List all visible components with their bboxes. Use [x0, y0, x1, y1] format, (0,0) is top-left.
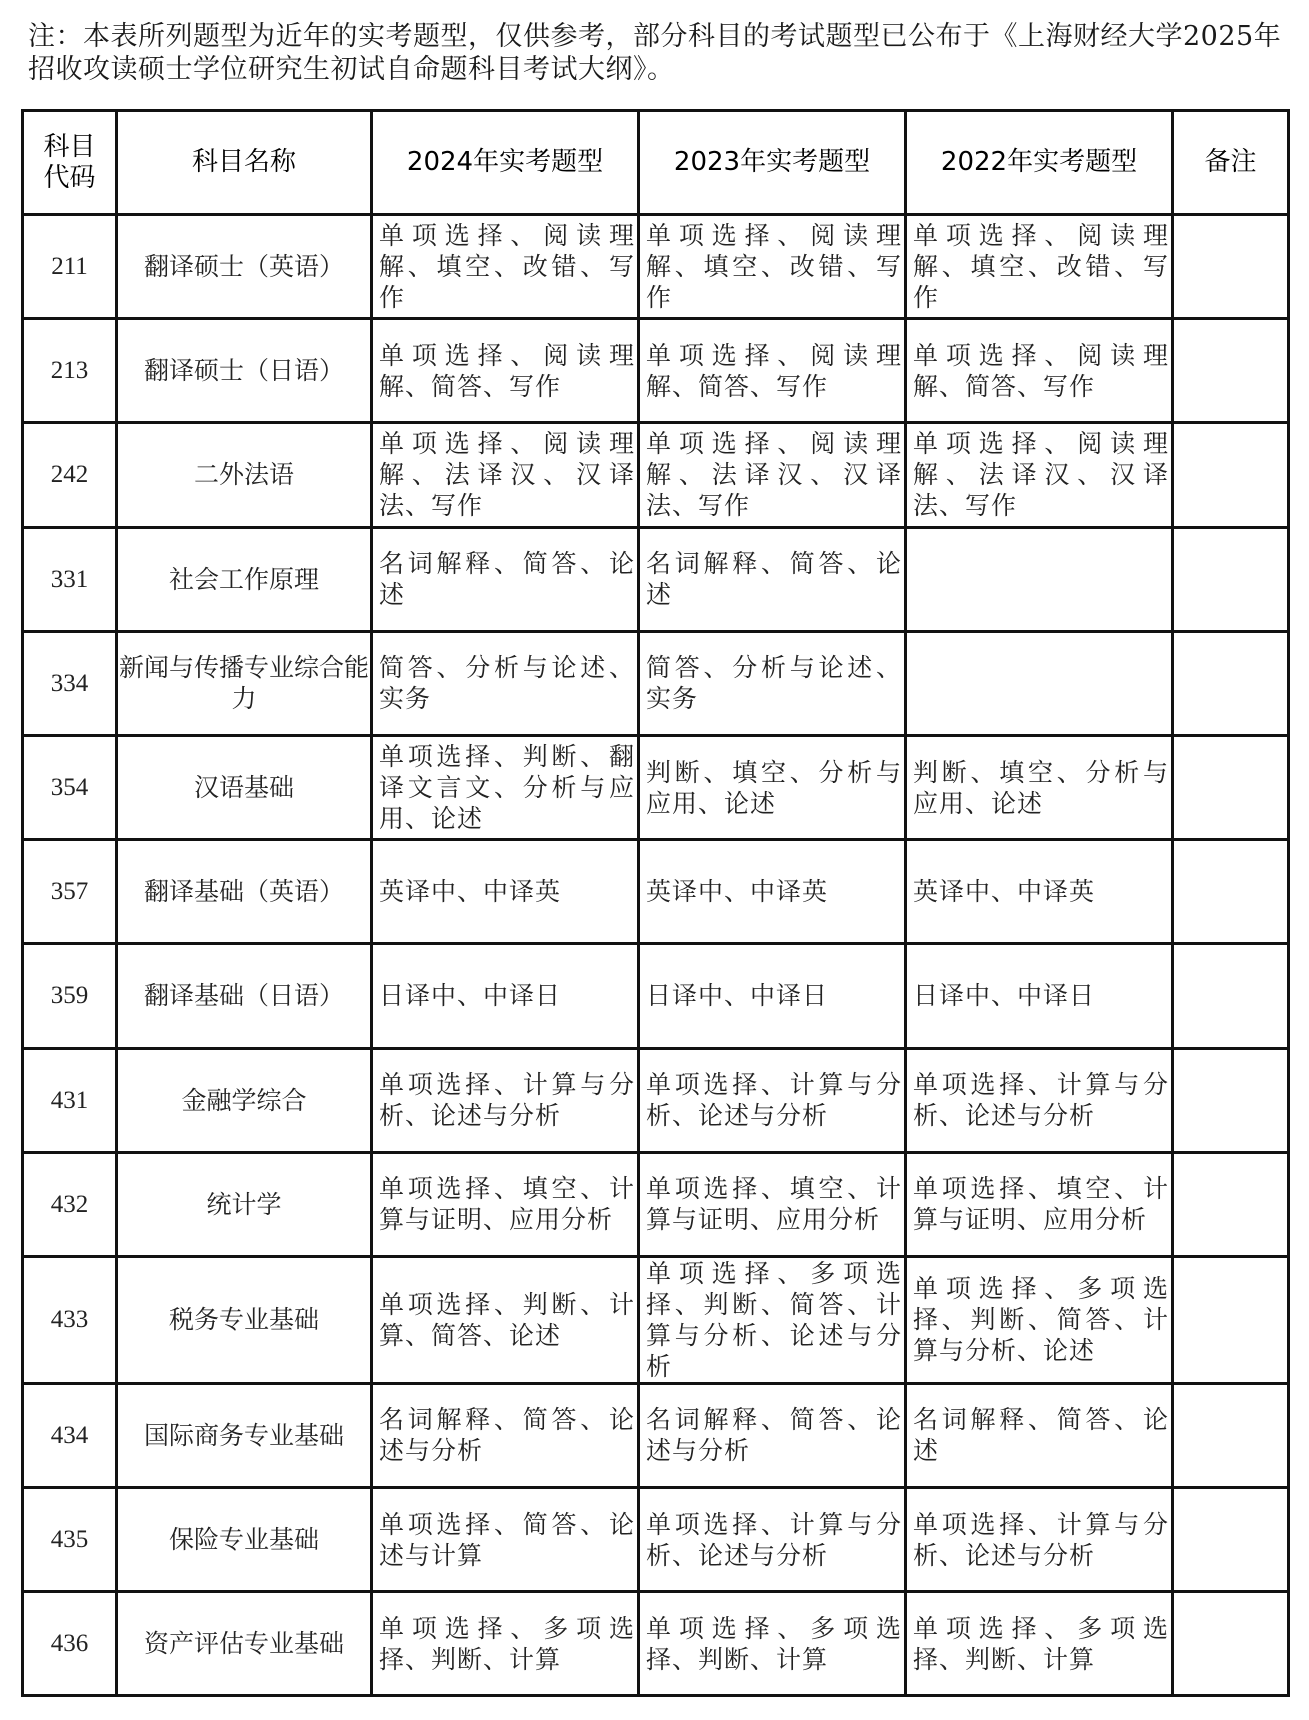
cell-name: 翻译基础（日语） [117, 944, 372, 1048]
table-row: 354 汉语基础 单项选择、判断、翻译文言文、分析与应用、论述 判断、填空、分析… [23, 735, 1289, 839]
cell-remark [1173, 944, 1289, 1048]
cell-remark [1173, 527, 1289, 631]
cell-2022: 名词解释、简答、论述 [906, 1383, 1173, 1487]
cell-code: 213 [23, 319, 117, 423]
cell-code: 334 [23, 631, 117, 735]
cell-2022: 单项选择、多项选择、判断、计算 [906, 1592, 1173, 1696]
cell-remark [1173, 631, 1289, 735]
header-row: 科目代码 科目名称 2024年实考题型 2023年实考题型 2022年实考题型 … [23, 111, 1289, 215]
header-remark: 备注 [1173, 111, 1289, 215]
cell-2022: 单项选择、阅读理解、填空、改错、写作 [906, 215, 1173, 319]
cell-2023: 单项选择、多项选择、判断、计算 [639, 1592, 906, 1696]
cell-code: 431 [23, 1048, 117, 1152]
cell-remark [1173, 423, 1289, 527]
cell-2024: 简答、分析与论述、实务 [372, 631, 639, 735]
cell-2022: 单项选择、多项选择、判断、简答、计算与分析、论述 [906, 1256, 1173, 1383]
header-code: 科目代码 [23, 111, 117, 215]
cell-code: 211 [23, 215, 117, 319]
table-row: 431 金融学综合 单项选择、计算与分析、论述与分析 单项选择、计算与分析、论述… [23, 1048, 1289, 1152]
cell-2024: 单项选择、多项选择、判断、计算 [372, 1592, 639, 1696]
cell-code: 354 [23, 735, 117, 839]
cell-2022: 单项选择、计算与分析、论述与分析 [906, 1488, 1173, 1592]
cell-remark [1173, 1488, 1289, 1592]
cell-2023: 单项选择、阅读理解、填空、改错、写作 [639, 215, 906, 319]
cell-2024: 单项选择、计算与分析、论述与分析 [372, 1048, 639, 1152]
table-row: 434 国际商务专业基础 名词解释、简答、论述与分析 名词解释、简答、论述与分析… [23, 1383, 1289, 1487]
cell-2022: 判断、填空、分析与应用、论述 [906, 735, 1173, 839]
cell-remark [1173, 215, 1289, 319]
cell-code: 435 [23, 1488, 117, 1592]
cell-2022: 单项选择、填空、计算与证明、应用分析 [906, 1152, 1173, 1256]
cell-name: 翻译硕士（英语） [117, 215, 372, 319]
table-row: 242 二外法语 单项选择、阅读理解、法译汉、汉译法、写作 单项选择、阅读理解、… [23, 423, 1289, 527]
cell-name: 翻译硕士（日语） [117, 319, 372, 423]
cell-2022: 单项选择、阅读理解、法译汉、汉译法、写作 [906, 423, 1173, 527]
cell-2022: 日译中、中译日 [906, 944, 1173, 1048]
cell-remark [1173, 319, 1289, 423]
cell-name: 新闻与传播专业综合能力 [117, 631, 372, 735]
cell-2024: 单项选择、填空、计算与证明、应用分析 [372, 1152, 639, 1256]
cell-name: 翻译基础（英语） [117, 840, 372, 944]
cell-2024: 日译中、中译日 [372, 944, 639, 1048]
table-row: 357 翻译基础（英语） 英译中、中译英 英译中、中译英 英译中、中译英 [23, 840, 1289, 944]
header-2024: 2024年实考题型 [372, 111, 639, 215]
cell-code: 357 [23, 840, 117, 944]
cell-name: 社会工作原理 [117, 527, 372, 631]
cell-code: 359 [23, 944, 117, 1048]
cell-code: 432 [23, 1152, 117, 1256]
cell-remark [1173, 1592, 1289, 1696]
cell-2023: 单项选择、阅读理解、法译汉、汉译法、写作 [639, 423, 906, 527]
cell-name: 金融学综合 [117, 1048, 372, 1152]
cell-name: 资产评估专业基础 [117, 1592, 372, 1696]
table-row: 334 新闻与传播专业综合能力 简答、分析与论述、实务 简答、分析与论述、实务 [23, 631, 1289, 735]
cell-remark [1173, 840, 1289, 944]
cell-remark [1173, 1256, 1289, 1383]
header-name: 科目名称 [117, 111, 372, 215]
table-row: 432 统计学 单项选择、填空、计算与证明、应用分析 单项选择、填空、计算与证明… [23, 1152, 1289, 1256]
cell-code: 331 [23, 527, 117, 631]
table-row: 211 翻译硕士（英语） 单项选择、阅读理解、填空、改错、写作 单项选择、阅读理… [23, 215, 1289, 319]
cell-2024: 单项选择、简答、论述与计算 [372, 1488, 639, 1592]
table-row: 213 翻译硕士（日语） 单项选择、阅读理解、简答、写作 单项选择、阅读理解、简… [23, 319, 1289, 423]
cell-2024: 名词解释、简答、论述 [372, 527, 639, 631]
cell-2022: 单项选择、阅读理解、简答、写作 [906, 319, 1173, 423]
header-2022: 2022年实考题型 [906, 111, 1173, 215]
cell-2022 [906, 527, 1173, 631]
cell-remark [1173, 1383, 1289, 1487]
table-row: 435 保险专业基础 单项选择、简答、论述与计算 单项选择、计算与分析、论述与分… [23, 1488, 1289, 1592]
cell-2024: 单项选择、判断、计算、简答、论述 [372, 1256, 639, 1383]
cell-2023: 单项选择、多项选择、判断、简答、计算与分析、论述与分析 [639, 1256, 906, 1383]
header-code-label: 科目代码 [33, 132, 107, 194]
cell-2023: 日译中、中译日 [639, 944, 906, 1048]
cell-code: 436 [23, 1592, 117, 1696]
cell-2023: 单项选择、计算与分析、论述与分析 [639, 1048, 906, 1152]
cell-2023: 英译中、中译英 [639, 840, 906, 944]
cell-code: 434 [23, 1383, 117, 1487]
cell-2023: 名词解释、简答、论述 [639, 527, 906, 631]
cell-2024: 英译中、中译英 [372, 840, 639, 944]
table-row: 436 资产评估专业基础 单项选择、多项选择、判断、计算 单项选择、多项选择、判… [23, 1592, 1289, 1696]
cell-name: 统计学 [117, 1152, 372, 1256]
table-row: 359 翻译基础（日语） 日译中、中译日 日译中、中译日 日译中、中译日 [23, 944, 1289, 1048]
cell-2024: 单项选择、判断、翻译文言文、分析与应用、论述 [372, 735, 639, 839]
cell-name: 国际商务专业基础 [117, 1383, 372, 1487]
cell-2024: 名词解释、简答、论述与分析 [372, 1383, 639, 1487]
cell-2023: 单项选择、阅读理解、简答、写作 [639, 319, 906, 423]
cell-2023: 判断、填空、分析与应用、论述 [639, 735, 906, 839]
header-2023: 2023年实考题型 [639, 111, 906, 215]
cell-2022 [906, 631, 1173, 735]
cell-2023: 简答、分析与论述、实务 [639, 631, 906, 735]
cell-code: 433 [23, 1256, 117, 1383]
cell-2024: 单项选择、阅读理解、简答、写作 [372, 319, 639, 423]
cell-remark [1173, 735, 1289, 839]
cell-2022: 英译中、中译英 [906, 840, 1173, 944]
exam-types-table: 科目代码 科目名称 2024年实考题型 2023年实考题型 2022年实考题型 … [21, 109, 1290, 1697]
cell-2024: 单项选择、阅读理解、法译汉、汉译法、写作 [372, 423, 639, 527]
cell-2023: 单项选择、填空、计算与证明、应用分析 [639, 1152, 906, 1256]
table-row: 331 社会工作原理 名词解释、简答、论述 名词解释、简答、论述 [23, 527, 1289, 631]
cell-name: 保险专业基础 [117, 1488, 372, 1592]
cell-2023: 名词解释、简答、论述与分析 [639, 1383, 906, 1487]
cell-name: 税务专业基础 [117, 1256, 372, 1383]
cell-code: 242 [23, 423, 117, 527]
cell-remark [1173, 1152, 1289, 1256]
note-text: 注：本表所列题型为近年的实考题型，仅供参考，部分科目的考试题型已公布于《上海财经… [28, 20, 1288, 86]
cell-remark [1173, 1048, 1289, 1152]
cell-2022: 单项选择、计算与分析、论述与分析 [906, 1048, 1173, 1152]
cell-2023: 单项选择、计算与分析、论述与分析 [639, 1488, 906, 1592]
cell-name: 汉语基础 [117, 735, 372, 839]
cell-name: 二外法语 [117, 423, 372, 527]
table-row: 433 税务专业基础 单项选择、判断、计算、简答、论述 单项选择、多项选择、判断… [23, 1256, 1289, 1383]
cell-2024: 单项选择、阅读理解、填空、改错、写作 [372, 215, 639, 319]
